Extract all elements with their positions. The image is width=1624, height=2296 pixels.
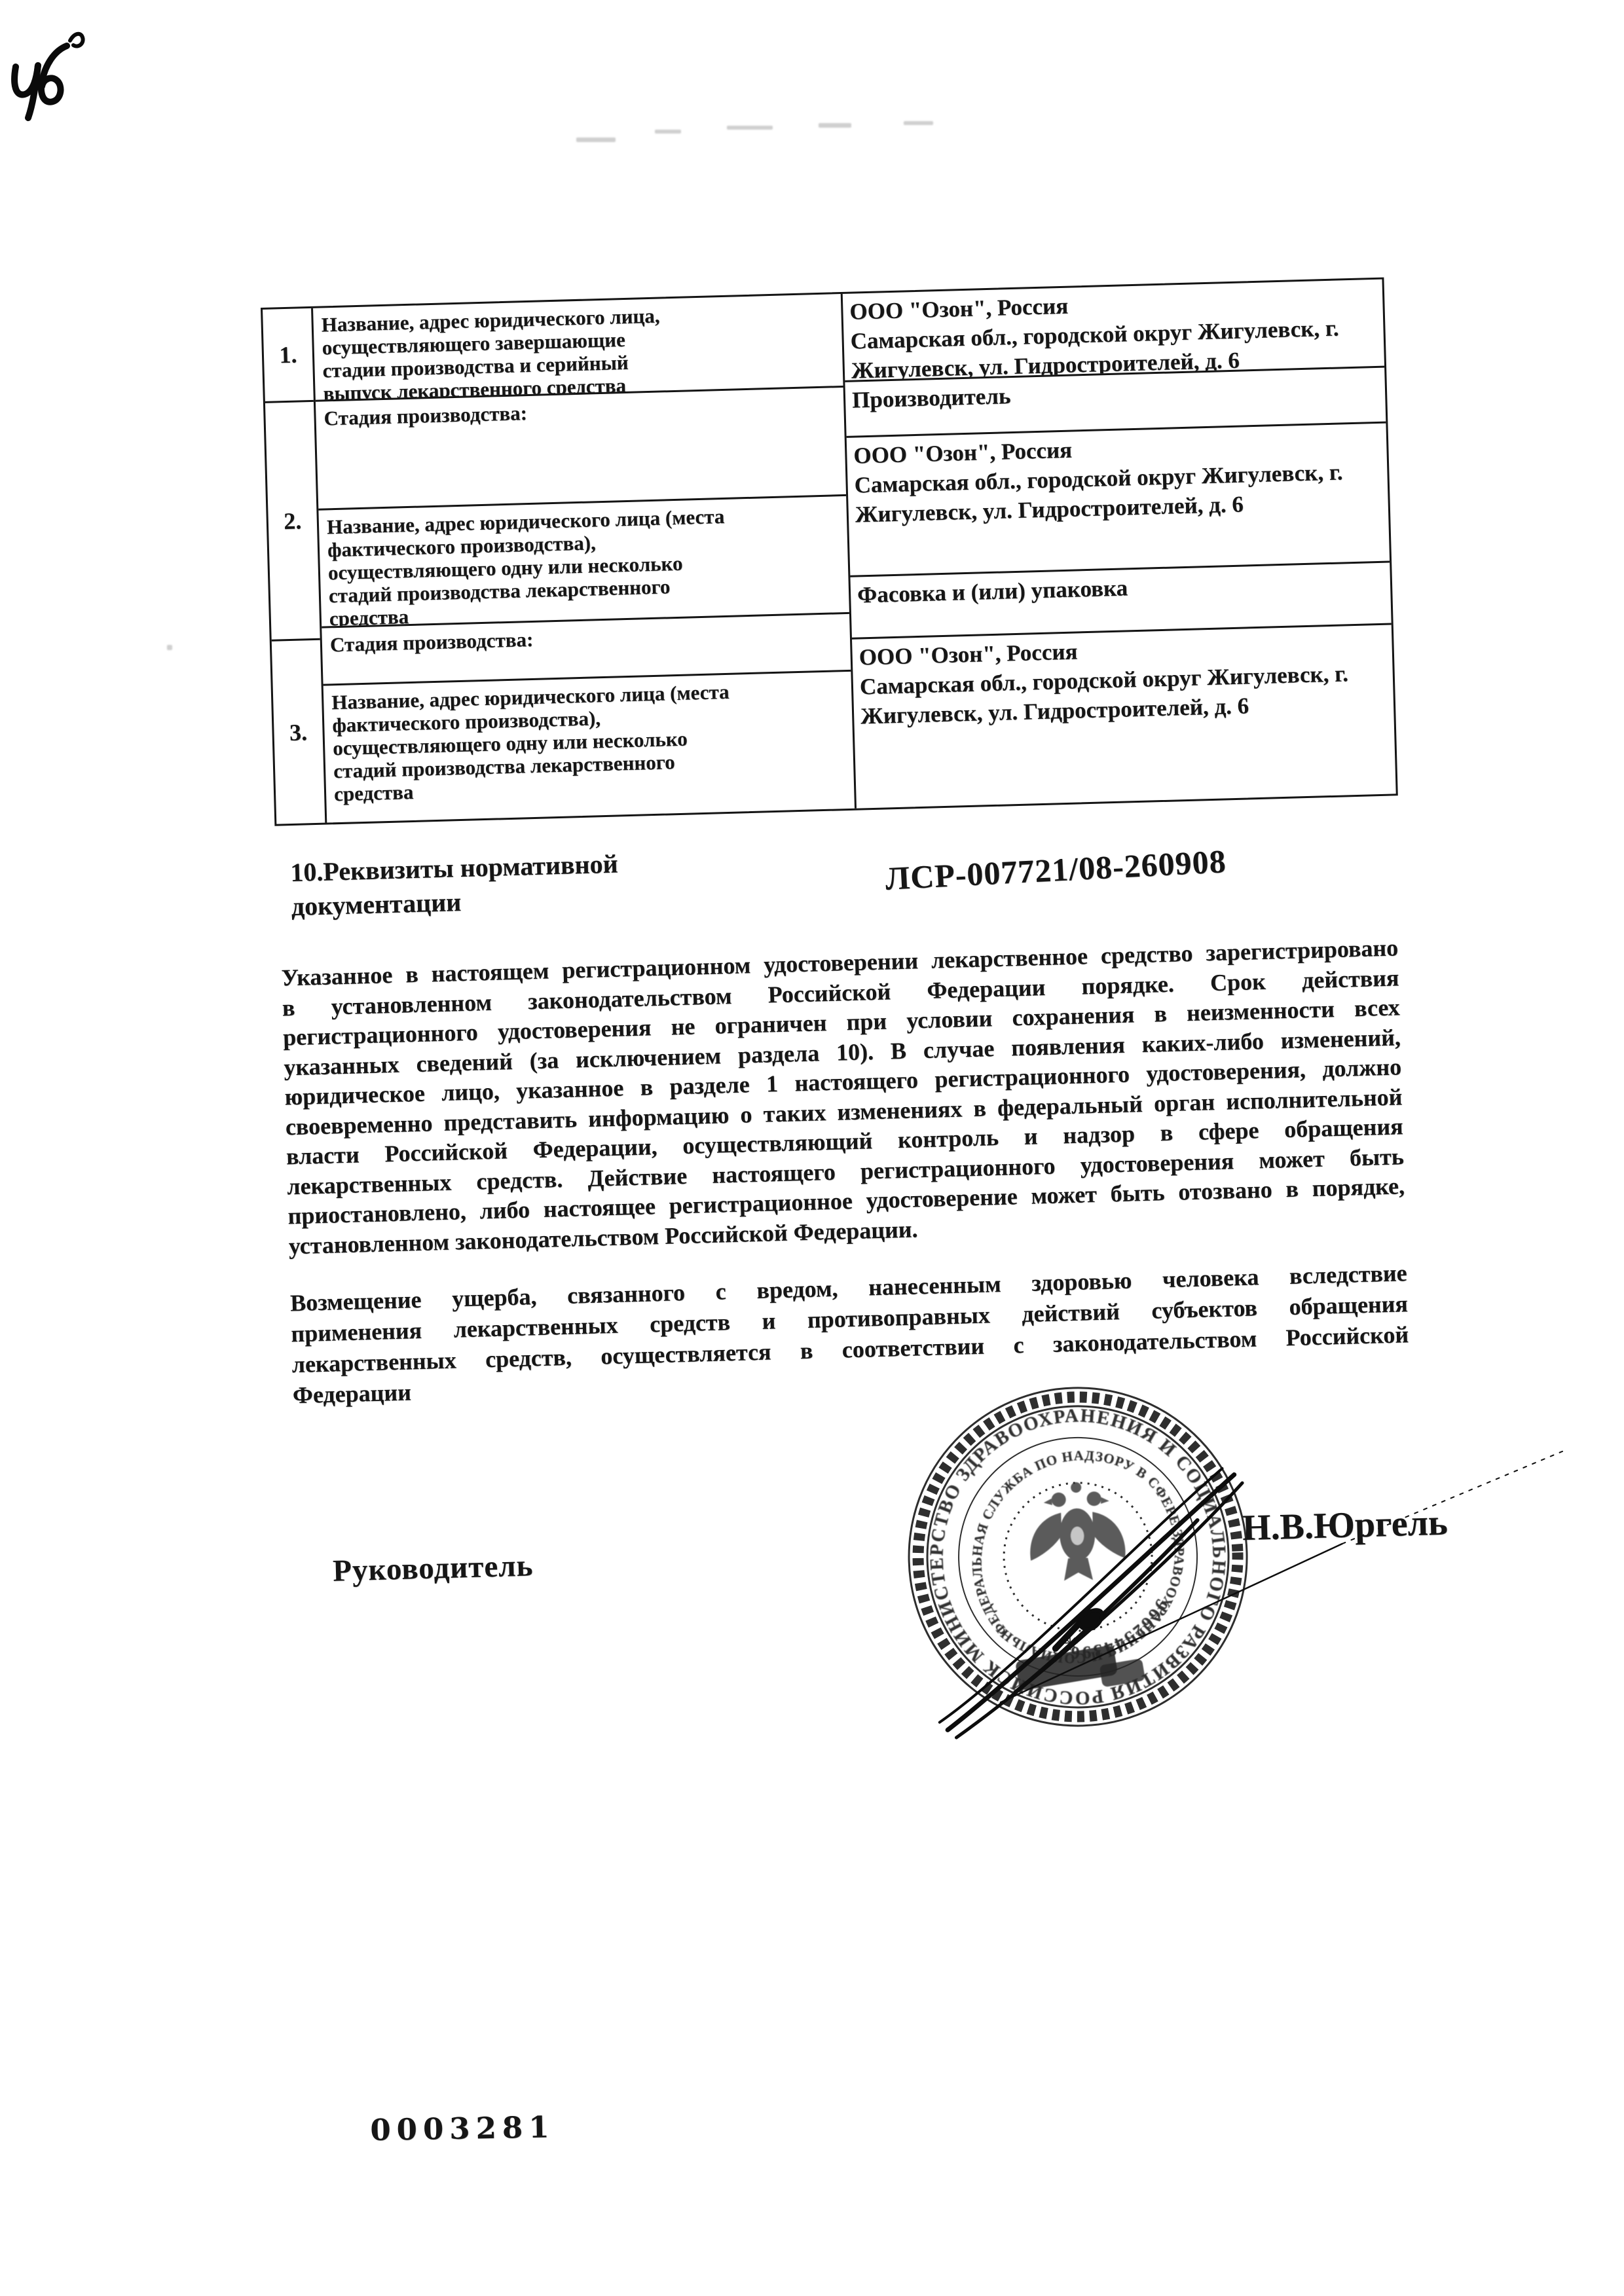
scan-noise (655, 130, 681, 134)
label-cell: Название, адрес юридического лица (места… (323, 672, 855, 823)
signature-name: Н.В.Юргель (1242, 1502, 1448, 1549)
value-cell: ООО "Озон", Россия Самарская обл., город… (847, 424, 1390, 577)
label-cell: Стадия производства: (316, 388, 846, 511)
label-cell: Название, адрес юридического лица, осуще… (313, 294, 843, 402)
section-10-heading: 10.Реквизиты нормативной документации (290, 846, 649, 924)
production-table: 1. 2. 3. Название, адрес юридического ли… (261, 278, 1398, 826)
scan-noise (576, 137, 616, 142)
value-cell: ООО "Озон", Россия Самарская обл., город… (852, 625, 1396, 808)
table-label-column: Название, адрес юридического лица, осуще… (313, 294, 857, 823)
label-cell: Название, адрес юридического лица (места… (318, 496, 849, 629)
document-content: 1. 2. 3. Название, адрес юридического ли… (261, 277, 1439, 2244)
row-number: 3. (272, 640, 325, 824)
row-number: 1. (263, 308, 314, 403)
value-cell: ООО "Озон", Россия Самарская обл., город… (843, 280, 1384, 382)
table-value-column: ООО "Озон", Россия Самарская обл., город… (843, 280, 1396, 809)
signature-strokes (838, 1286, 1624, 2067)
scan-noise (167, 645, 172, 650)
handwritten-page-number (5, 24, 90, 135)
scan-noise (904, 121, 933, 125)
scan-noise (819, 123, 851, 128)
row-number: 2. (265, 402, 320, 642)
serial-number: 0003281 (370, 2109, 555, 2147)
registration-number: ЛСР-007721/08-260908 (885, 842, 1227, 898)
legal-paragraph: Указанное в настоящем регистрационном уд… (281, 933, 1406, 1261)
scanned-document: { "handwritten_mark": "469", "table": { … (0, 0, 1624, 2296)
signature-title: Руководитель (333, 1548, 534, 1588)
scan-noise (727, 126, 773, 130)
